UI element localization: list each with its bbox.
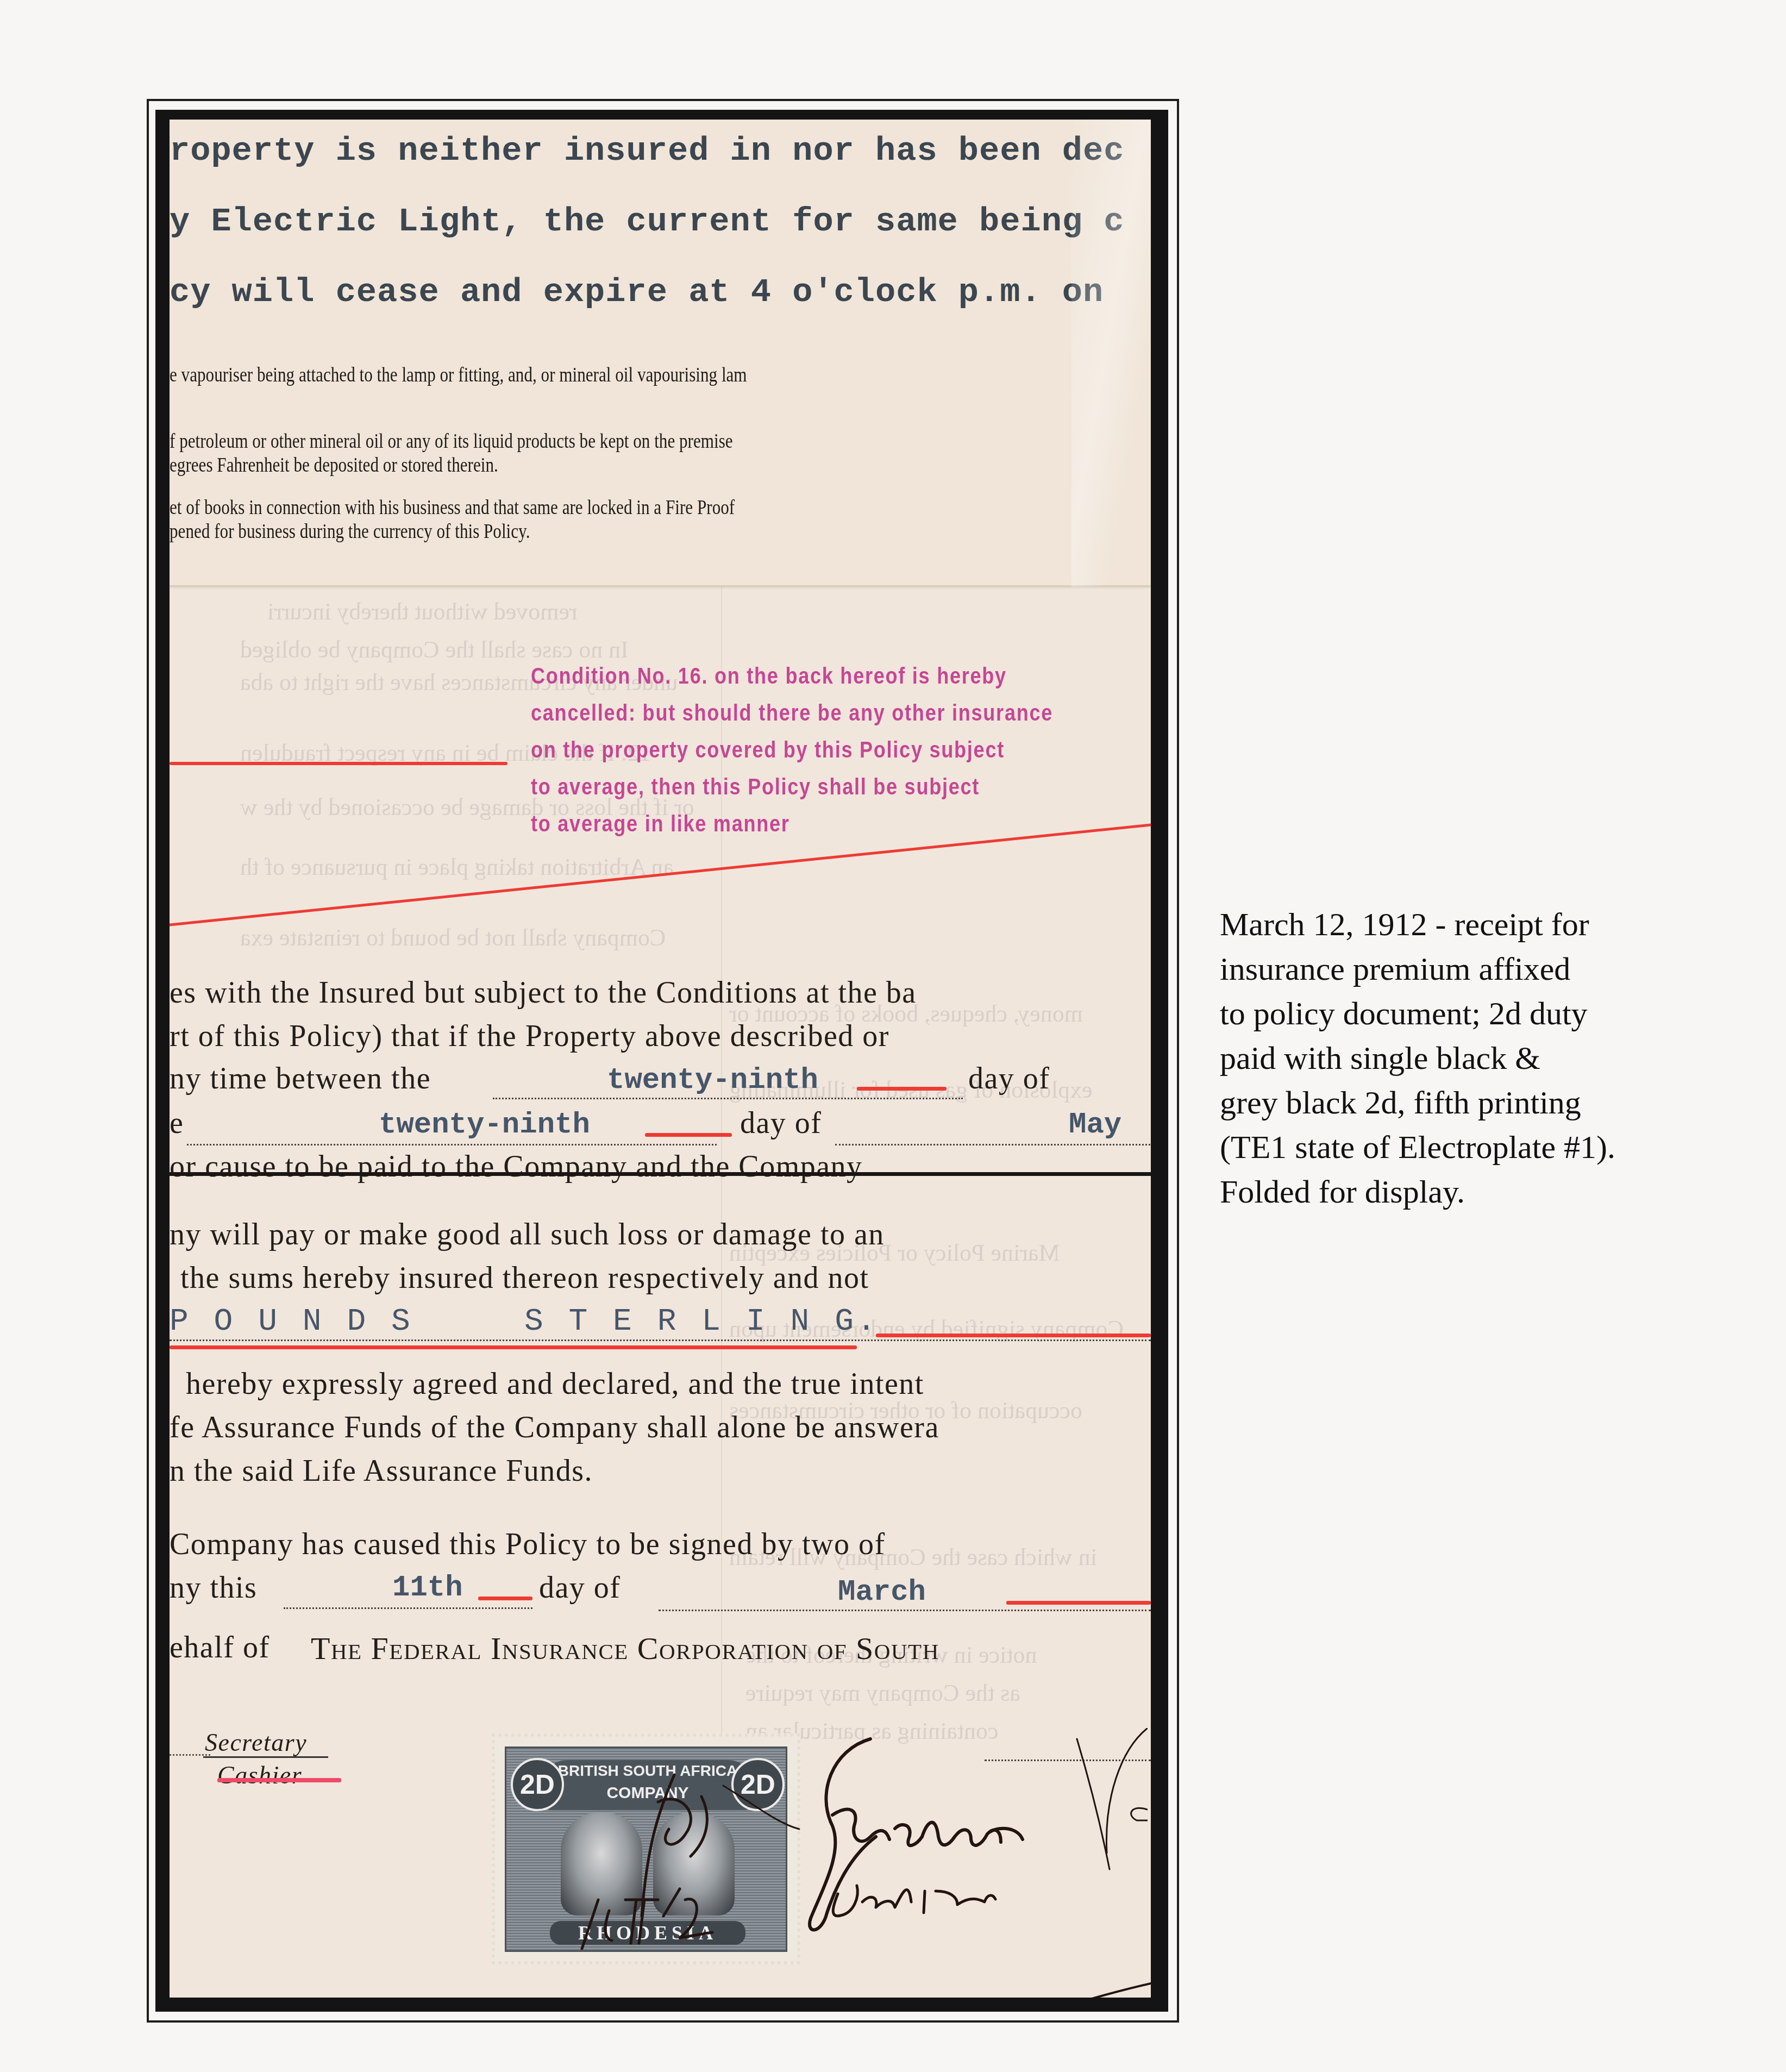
fill-in-dotted-line <box>170 1339 1151 1341</box>
red-underline <box>170 1345 857 1349</box>
policy-text-line: Company has caused this Policy to be sig… <box>170 1527 886 1562</box>
policy-document: removed without thereby incurri In no ca… <box>170 120 1151 1998</box>
folded-flap: roperty is neither insured in nor has be… <box>170 120 1151 587</box>
signature-underline <box>203 1756 328 1758</box>
red-dash <box>876 1334 1151 1337</box>
policy-text-line: day of <box>740 1106 822 1141</box>
period-end-month: May <box>1069 1109 1121 1142</box>
printed-condition: egrees Fahrenheit be deposited or stored… <box>170 453 498 477</box>
red-diagonal-line <box>170 821 1151 929</box>
policy-text-line: the sums hereby insured thereon respecti… <box>180 1261 869 1295</box>
ghost-text: removed without thereby incurri <box>267 598 578 625</box>
fill-in-dotted-line <box>284 1607 532 1609</box>
handwritten-signature-icon <box>800 1728 1148 1998</box>
red-dash <box>1006 1601 1151 1605</box>
signed-month: March <box>838 1576 926 1609</box>
caption-line: grey black 2d, fifth printing <box>1220 1080 1741 1125</box>
period-start-day: twenty-ninth <box>607 1064 818 1097</box>
fill-in-dotted-line <box>493 1098 963 1099</box>
red-dash <box>857 1087 947 1091</box>
strikethrough-line <box>170 1172 1151 1176</box>
policy-text-line: ny will pay or make good all such loss o… <box>170 1217 885 1252</box>
printed-condition: f petroleum or other mineral oil or any … <box>170 429 733 453</box>
struck-policy-text: or cause to be paid to the Company and t… <box>170 1149 863 1184</box>
pen-stroke-icon <box>1028 1978 1151 1998</box>
red-strike <box>217 1778 341 1782</box>
caption-line: Folded for display. <box>1220 1169 1741 1214</box>
typed-line: y Electric Light, the current for same b… <box>170 202 1124 241</box>
policy-text-line: ny this <box>170 1570 257 1605</box>
sum-insured-amount: P O U N D S S T E R L I N G. <box>170 1304 879 1339</box>
printed-condition: pened for business during the currency o… <box>170 519 530 543</box>
rubber-stamp-line: cancelled: but should there be any other… <box>531 700 1053 726</box>
policy-text-line: n the said Life Assurance Funds. <box>170 1454 593 1488</box>
insurer-name: The Federal Insurance Corporation of Sou… <box>311 1630 939 1667</box>
red-dash <box>478 1597 532 1600</box>
signed-day: 11th <box>392 1572 463 1605</box>
caption-line: paid with single black & <box>1220 1036 1741 1080</box>
policy-text-line: ehalf of <box>170 1630 270 1665</box>
mount-sheen <box>1071 120 1151 587</box>
policy-text-line: e <box>170 1106 184 1141</box>
fill-in-dotted-line <box>187 1144 717 1145</box>
signature-dotted-line <box>170 1754 210 1756</box>
role-secretary: Secretary <box>205 1728 307 1757</box>
printed-condition: et of books in connection with his busin… <box>170 496 735 519</box>
fill-in-dotted-line <box>659 1610 1151 1611</box>
typed-line: cy will cease and expire at 4 o'clock p.… <box>170 273 1104 311</box>
typed-line: roperty is neither insured in nor has be… <box>170 132 1124 170</box>
caption-line: insurance premium affixed <box>1220 947 1741 991</box>
ghost-text: In no case shall the Company be obliged <box>240 636 629 663</box>
policy-text-line: es with the Insured but subject to the C… <box>170 975 917 1010</box>
red-dash <box>645 1133 732 1137</box>
period-end-day: twenty-ninth <box>379 1109 590 1142</box>
red-ruled-line <box>170 762 507 765</box>
exhibit-caption: March 12, 1912 - receipt for insurance p… <box>1220 902 1741 1214</box>
policy-text-line: day of <box>539 1570 621 1605</box>
ghost-text: as the Company may require <box>745 1679 1020 1707</box>
rubber-stamp-line: on the property covered by this Policy s… <box>531 737 1005 763</box>
fill-in-dotted-line <box>835 1144 1150 1145</box>
caption-line: (TE1 state of Electroplate #1). <box>1220 1125 1741 1169</box>
rubber-stamp-line: Condition No. 16. on the back hereof is … <box>531 663 1007 689</box>
role-cashier-struck: Cashier <box>217 1761 302 1789</box>
caption-line: to policy document; 2d duty <box>1220 991 1741 1036</box>
pen-cancellation-icon <box>495 1737 804 1968</box>
policy-text-line: hereby expressly agreed and declared, an… <box>186 1367 924 1401</box>
policy-text-line: rt of this Policy) that if the Property … <box>170 1019 889 1054</box>
policy-text-line: day of <box>968 1061 1050 1096</box>
rubber-stamp-line: to average, then this Policy shall be su… <box>531 774 980 800</box>
caption-line: March 12, 1912 - receipt for <box>1220 902 1741 947</box>
printed-condition: e vapouriser being attached to the lamp … <box>170 363 747 387</box>
revenue-stamp: BRITISH SOUTH AFRICA COMPANY 2D 2D RHODE… <box>492 1733 800 1964</box>
policy-text-line: fe Assurance Funds of the Company shall … <box>170 1410 939 1445</box>
policy-text-line: ny time between the <box>170 1061 431 1096</box>
